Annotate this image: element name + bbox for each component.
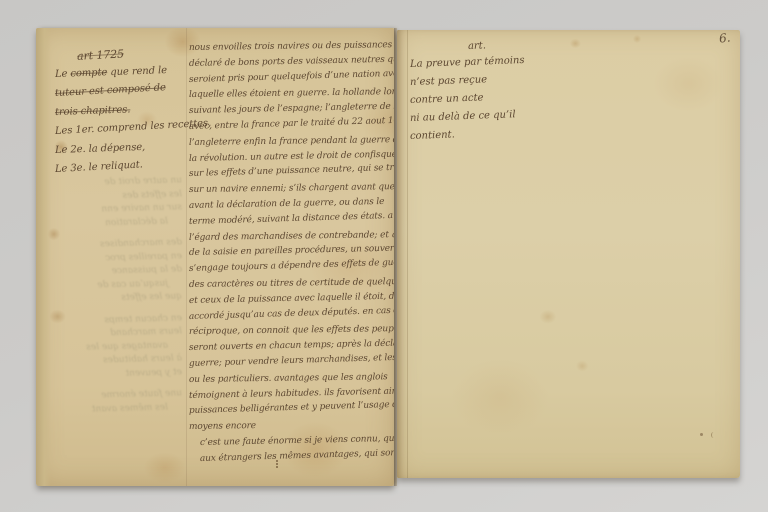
margin-note-list: Le compte que rend letuteur est composé … — [55, 65, 187, 179]
right-page: 6. art.La preuve par témoinsn’est pas re… — [397, 30, 740, 478]
struck-text: trois chapitres. — [55, 104, 131, 118]
note-text: Le 2e. la dépense, — [55, 142, 146, 156]
bleedthrough-line: que les effets — [52, 290, 182, 307]
struck-text: compte — [70, 67, 107, 79]
main-text: nous envoilles trois navires ou des puis… — [189, 41, 394, 468]
fold-crease-line — [407, 30, 408, 478]
note-text: que rend le — [107, 65, 167, 78]
bleedthrough-text: un autre droit deles effets dessur un na… — [52, 176, 182, 416]
bleedthrough-line: et y peuvent — [52, 366, 182, 383]
note-text: Le — [55, 68, 71, 80]
ink-speck — [711, 432, 716, 438]
margin-notes: art 1725 Le compte que rend letuteur est… — [55, 44, 187, 179]
manuscript-photo: art 1725 Le compte que rend letuteur est… — [0, 0, 768, 512]
ink-speck — [276, 460, 280, 468]
note-text: Le 3e. le reliquat. — [55, 159, 143, 175]
page-number: 6. — [718, 30, 731, 45]
annotation-line: contient. — [410, 123, 561, 146]
deckle-edge — [36, 28, 51, 486]
ink-speck — [700, 433, 703, 436]
struck-text: tuteur est composé de — [55, 82, 166, 99]
bleedthrough-line: la déclaration — [52, 215, 168, 232]
left-page: art 1725 Le compte que rend letuteur est… — [36, 28, 394, 486]
annotation-block: art.La preuve par témoinsn’est pas reçue… — [410, 38, 560, 146]
bleedthrough-line: les mêmes avant — [52, 401, 168, 418]
